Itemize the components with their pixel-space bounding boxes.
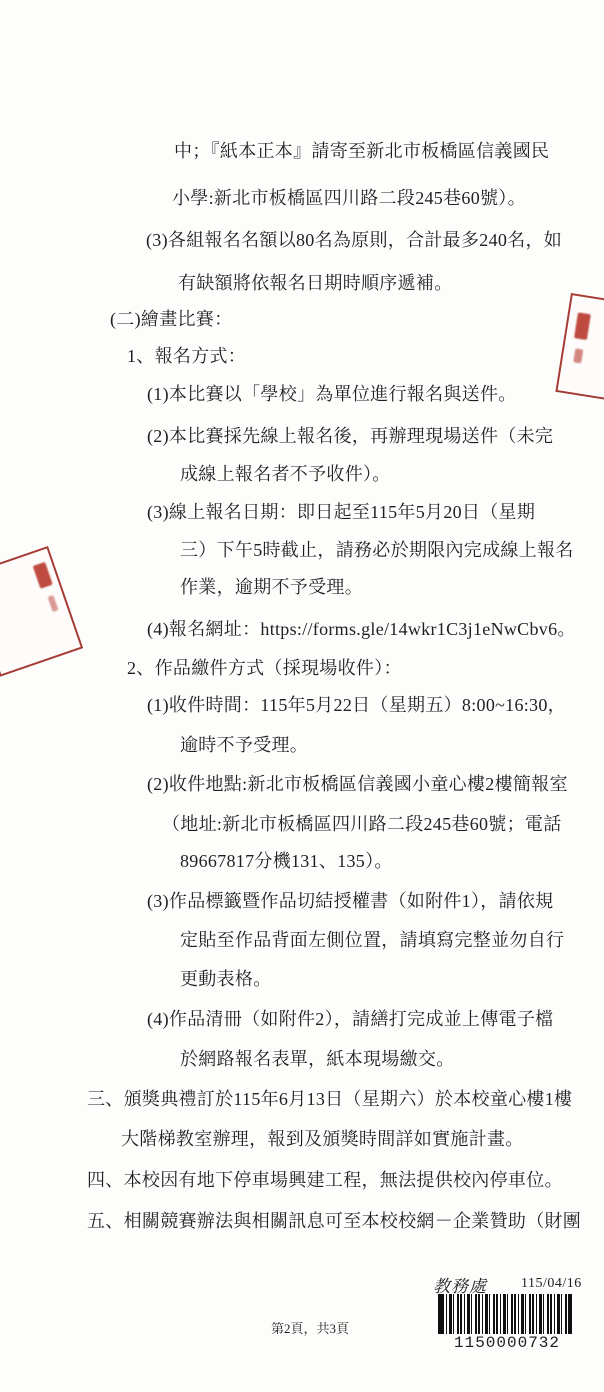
doc-line: (4)作品清冊（如附件2），請繕打完成並上傳電子檔	[147, 1006, 554, 1032]
doc-line: 89667817分機131、135）。	[180, 848, 393, 874]
doc-line: 逾時不予受理。	[180, 732, 308, 758]
doc-line: 小學:新北市板橋區四川路二段245巷60號）。	[172, 185, 526, 211]
doc-line: 中；『紙本正本』請寄至新北市板橋區信義國民	[174, 138, 549, 164]
doc-line: 三、頒獎典禮訂於115年6月13日（星期六）於本校童心樓1樓	[87, 1086, 572, 1112]
barcode-number: 1150000732	[452, 1334, 562, 1352]
doc-line: 於網路報名表單，紙本現場繳交。	[180, 1046, 455, 1072]
doc-line: (1)本比賽以「學校」為單位進行報名與送件。	[147, 381, 517, 407]
doc-line: 有缺額將依報名日期時順序遞補。	[178, 270, 453, 296]
doc-line: (二)繪畫比賽：	[110, 306, 232, 332]
doc-line: (3)各組報名名額以80名為原則，合計最多240名，如	[146, 227, 562, 253]
seal-glyph-mark	[574, 312, 591, 340]
doc-line: 大階梯教室辦理，報到及頒獎時間詳如實施計畫。	[121, 1126, 524, 1152]
doc-line: (1)收件時間：115年5月22日（星期五）8:00~16:30，	[147, 692, 566, 718]
doc-line: (2)本比賽採先線上報名後，再辦理現場送件（未完	[147, 423, 553, 449]
doc-line: 四、本校因有地下停車場興建工程，無法提供校內停車位。	[87, 1167, 563, 1193]
document-date: 115/04/16	[521, 1276, 582, 1292]
scanned-document-page: 中；『紙本正本』請寄至新北市板橋區信義國民 小學:新北市板橋區四川路二段245巷…	[0, 0, 604, 1392]
doc-line: 三）下午5時截止，請務必於期限內完成線上報名	[180, 537, 574, 563]
doc-line: 1、報名方式：	[127, 343, 246, 369]
barcode	[438, 1294, 572, 1334]
seal-glyph-mark	[573, 348, 583, 363]
doc-line: 2、作品繳件方式（採現場收件）：	[127, 655, 402, 681]
doc-line: (2)收件地點:新北市板橋區信義國小童心樓2樓簡報室	[147, 771, 568, 797]
doc-line: 定貼至作品背面左側位置，請填寫完整並勿自行	[180, 927, 564, 953]
doc-line: 作業，逾期不予受理。	[180, 574, 363, 600]
doc-line registration-url-line: (4)報名網址：https://forms.gle/14wkr1C3j1eNwC…	[147, 616, 576, 642]
doc-line: 成線上報名者不予收件）。	[180, 461, 391, 487]
doc-line: (3)線上報名日期：即日起至115年5月20日（星期	[147, 499, 535, 525]
doc-line: 五、相關競賽辦法與相關訊息可至本校校網－企業贊助（財團	[87, 1208, 581, 1234]
doc-line: 更動表格。	[180, 966, 272, 992]
red-seal-fragment-left	[0, 546, 83, 677]
seal-glyph-mark	[48, 595, 59, 612]
doc-line: （地址:新北市板橋區四川路二段245巷60號；電話	[162, 811, 562, 837]
seal-glyph-mark	[33, 562, 53, 589]
red-seal-fragment-right	[555, 293, 604, 404]
doc-line: (3)作品標籤暨作品切結授權書（如附件1），請依規	[147, 888, 554, 914]
page-indicator: 第2頁，共3頁	[271, 1318, 349, 1337]
